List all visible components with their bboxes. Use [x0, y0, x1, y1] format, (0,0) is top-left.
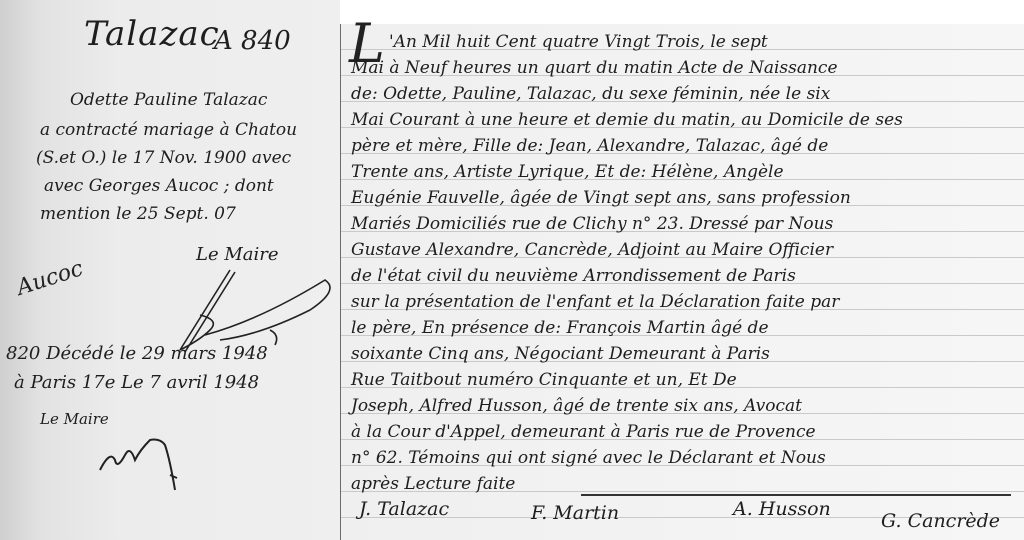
body-line: après Lecture faite — [351, 474, 515, 494]
marriage-note-line: avec Georges Aucoc ; dont — [44, 176, 274, 196]
body-line: Rue Taitbout numéro Cinquante et un, Et … — [351, 370, 737, 390]
body-line: le père, En présence de: François Martin… — [351, 318, 769, 338]
closing-rule — [581, 494, 1011, 496]
marriage-note-line: a contracté mariage à Chatou — [40, 120, 297, 140]
margin-title-name: Talazac — [84, 14, 220, 54]
page-top-margin — [340, 0, 1024, 24]
body-line: à la Cour d'Appel, demeurant à Paris rue… — [351, 422, 816, 442]
marriage-note-line: (S.et O.) le 17 Nov. 1900 avec — [36, 148, 291, 168]
marriage-note-line: Odette Pauline Talazac — [70, 90, 267, 110]
body-line: de l'état civil du neuvième Arrondisseme… — [351, 266, 796, 286]
body-line: de: Odette, Pauline, Talazac, du sexe fé… — [351, 84, 830, 104]
death-signoff: Le Maire — [40, 410, 109, 428]
marriage-note-line: mention le 25 Sept. 07 — [40, 204, 236, 224]
margin-title-number: A 840 — [214, 26, 291, 56]
body-line: Mariés Domiciliés rue de Clichy n° 23. D… — [351, 214, 833, 234]
body-line: Mai Courant à une heure et demie du mati… — [351, 110, 903, 130]
body-line: Gustave Alexandre, Cancrède, Adjoint au … — [351, 240, 833, 260]
scanned-register-page: Talazac A 840 Odette Pauline Talazac a c… — [0, 0, 1024, 540]
signature-witness-1: F. Martin — [531, 502, 619, 524]
body-line: sur la présentation de l'enfant et la Dé… — [351, 292, 839, 312]
signature-declarant: J. Talazac — [359, 498, 449, 520]
body-line: Mai à Neuf heures un quart du matin Acte… — [351, 58, 838, 78]
body-line: Eugénie Fauvelle, âgée de Vingt sept ans… — [351, 188, 851, 208]
body-line: Trente ans, Artiste Lyrique, Et de: Hélè… — [351, 162, 784, 182]
death-note-line: à Paris 17e Le 7 avril 1948 — [14, 372, 259, 393]
margin-side-name: Aucoc — [14, 256, 86, 301]
body-line: père et mère, Fille de: Jean, Alexandre,… — [351, 136, 828, 156]
body-line: n° 62. Témoins qui ont signé avec le Déc… — [351, 448, 826, 468]
act-body: L 'An Mil huit Cent quatre Vingt Trois, … — [340, 24, 1024, 540]
death-note-line: 820 Décédé le 29 mars 1948 — [6, 343, 268, 364]
signature-witness-2: A. Husson — [733, 498, 831, 520]
body-line: Joseph, Alfred Husson, âgé de trente six… — [351, 396, 802, 416]
signature-officer: G. Cancrède — [881, 510, 1000, 532]
body-line: 'An Mil huit Cent quatre Vingt Trois, le… — [389, 32, 768, 52]
mayor-signature-mark-2 — [95, 430, 195, 505]
margin-column: Talazac A 840 Odette Pauline Talazac a c… — [0, 0, 340, 540]
body-line: soixante Cinq ans, Négociant Demeurant à… — [351, 344, 770, 364]
